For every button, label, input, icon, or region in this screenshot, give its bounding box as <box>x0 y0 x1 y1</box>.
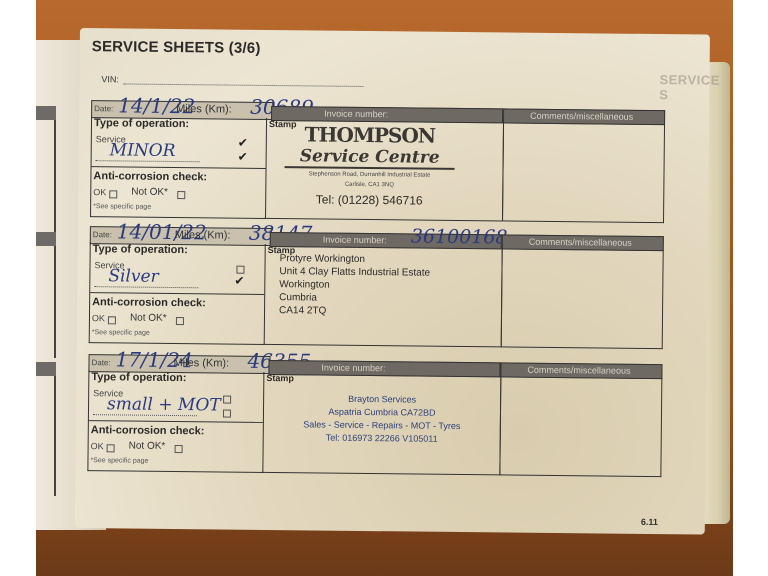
brayton-stamp: Brayton Services Aspatria Cumbria CA72BD… <box>292 392 473 446</box>
stamp-box: Stamp Protyre Workington Unit 4 Clay Fla… <box>263 244 503 347</box>
comments-box <box>502 122 665 223</box>
ok-label: OK <box>91 441 104 451</box>
checkmark-icon: ✔ <box>234 274 244 288</box>
left-page-header-bar <box>36 362 56 376</box>
invoice-label: Invoice number: <box>324 109 388 120</box>
service-dotted-line <box>93 414 197 416</box>
operation-box: Type of operation: Service Silver ✔ Anti… <box>89 242 266 345</box>
date-label: Date: <box>94 104 113 113</box>
protyre-stamp: Protyre Workington Unit 4 Clay Flatts In… <box>279 252 430 319</box>
page-title: SERVICE SHEETS (3/6) <box>92 38 261 57</box>
service-checkbox <box>223 396 231 404</box>
ok-label: OK <box>93 187 106 197</box>
stamp-city: Carlisle, CA1 3NQ <box>284 181 454 190</box>
comments-label: Comments/miscellaneous <box>530 111 633 122</box>
left-page-header-bar <box>36 232 56 246</box>
type-of-operation-label: Type of operation: <box>94 117 189 130</box>
left-page-rule <box>54 246 56 358</box>
not-ok-label: Not OK* <box>131 187 168 198</box>
invoice-label: Invoice number: <box>323 235 387 246</box>
date-label: Date: <box>93 230 112 239</box>
not-ok-checkbox <box>175 445 183 453</box>
service-type-value: Silver <box>108 266 159 287</box>
comments-box <box>501 248 664 349</box>
stamp-company-name: THOMPSON <box>285 122 455 148</box>
stamp-address: Stephenson Road, Durranhill Industrial E… <box>284 171 454 180</box>
ok-checkbox <box>107 444 115 452</box>
stamp-line: Tel: 016973 22266 V105011 <box>292 431 472 446</box>
left-page-rule <box>54 120 56 240</box>
service-checkbox <box>223 410 231 418</box>
service-entry-3: Date: 17/1/24 Miles (Km): 46355 Invoice … <box>87 354 678 478</box>
invoice-label: Invoice number: <box>321 363 385 374</box>
stamp-telephone: Tel: (01228) 546716 <box>284 192 454 208</box>
miles-label: Miles (Km): <box>176 103 232 116</box>
service-dotted-line <box>96 160 200 162</box>
page-number: 6.11 <box>641 517 658 527</box>
service-checkbox <box>236 266 244 274</box>
service-sheet-page: SERVICE S SERVICE SHEETS (3/6) VIN: Date… <box>75 28 710 535</box>
ok-checkbox <box>109 190 117 198</box>
not-ok-checkbox <box>177 191 185 199</box>
anti-corrosion-label: Anti-corrosion check: <box>92 296 206 309</box>
left-page-header-bar <box>36 106 56 120</box>
see-page-note: *See specific page <box>90 457 148 465</box>
anti-corrosion-label: Anti-corrosion check: <box>91 424 205 437</box>
date-label: Date: <box>91 358 110 367</box>
not-ok-label: Not OK* <box>129 441 166 452</box>
stamp-box: Stamp THOMPSON Service Centre Stephenson… <box>264 118 504 221</box>
type-of-operation-label: Type of operation: <box>93 243 188 256</box>
stamp-box: Stamp Brayton Services Aspatria Cumbria … <box>261 372 501 475</box>
see-page-note: *See specific page <box>93 203 151 211</box>
checkmark-icon: ✔ <box>238 150 248 164</box>
divider <box>90 292 264 295</box>
divider <box>89 420 263 423</box>
service-type-value: small + MOT <box>107 394 221 415</box>
stamp-company-subtitle: Service Centre <box>285 146 455 170</box>
stamp-line: CA14 2TQ <box>279 304 430 319</box>
see-page-note: *See specific page <box>92 329 150 337</box>
stamp-label: Stamp <box>266 373 294 383</box>
service-entry-2: Date: 14/01/22 Miles (Km): 38147 Invoice… <box>89 226 680 350</box>
comments-label: Comments/miscellaneous <box>529 237 632 248</box>
anti-corrosion-label: Anti-corrosion check: <box>93 170 207 183</box>
miles-label: Miles (Km): <box>175 229 231 242</box>
ok-checkbox <box>108 316 116 324</box>
thompson-stamp: THOMPSON Service Centre Stephenson Road,… <box>284 122 455 208</box>
comments-box <box>499 376 662 477</box>
service-entry-1: Date: 14/1/22 Miles (Km): 30689 Invoice … <box>90 100 681 224</box>
not-ok-checkbox <box>176 317 184 325</box>
operation-box: Type of operation: Service MINOR ✔ ✔ Ant… <box>90 116 267 219</box>
type-of-operation-label: Type of operation: <box>91 371 186 384</box>
ok-label: OK <box>92 313 105 323</box>
service-dotted-line <box>94 286 198 288</box>
comments-label: Comments/miscellaneous <box>527 365 630 376</box>
service-type-value: MINOR <box>110 140 176 161</box>
stamp-line: Sales - Service - Repairs - MOT - Tyres <box>292 418 472 433</box>
bleed-through-header: SERVICE S <box>659 72 720 103</box>
checkmark-icon: ✔ <box>238 136 248 150</box>
miles-label: Miles (Km): <box>173 357 229 370</box>
not-ok-label: Not OK* <box>130 313 167 324</box>
vin-field <box>123 83 363 87</box>
vin-label: VIN: <box>101 74 119 84</box>
divider <box>92 166 266 169</box>
left-page-rule <box>54 376 56 496</box>
operation-box: Type of operation: Service small + MOT A… <box>87 370 264 473</box>
